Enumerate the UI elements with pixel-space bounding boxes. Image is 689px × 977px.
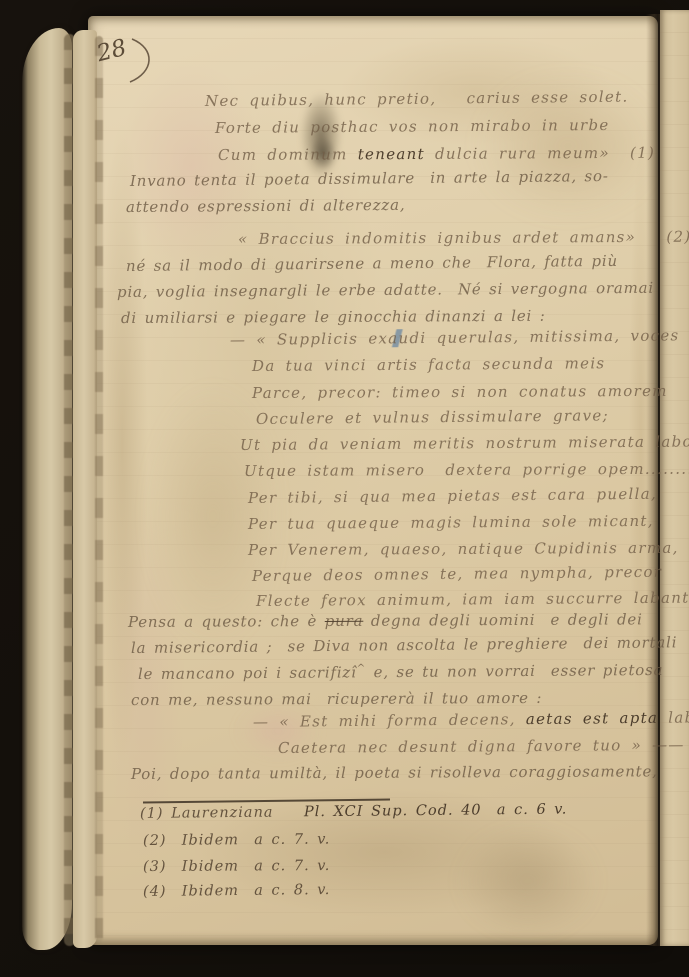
text-segment: Cum dominum	[218, 145, 358, 164]
text-segment: pura	[325, 612, 364, 630]
manuscript-line: Occulere et vulnus dissimulare grave;	[256, 406, 609, 428]
text-segment: la misericordia ; se Diva non ascolta le…	[131, 633, 677, 657]
text-segment: Parce, precor: timeo si non conatus amor…	[252, 382, 668, 402]
manuscript-line: (2) Ibidem a c. 7. v.	[143, 832, 330, 849]
text-segment: attendo espressioni di alterezza,	[126, 196, 406, 216]
manuscript-line: — « Est mihi forma decens, aetas est apt…	[253, 708, 689, 731]
text-segment: Perque deos omnes te, mea nympha, precor	[252, 563, 662, 585]
manuscript-line: Cum dominum teneant dulcia rura meum» (1…	[218, 144, 655, 164]
handwriting-layer: Nec quibus, hunc pretio, carius esse sol…	[0, 0, 689, 977]
text-segment: di umiliarsi e piegare le ginocchia dina…	[121, 307, 546, 327]
text-segment: (3) Ibidem a c. 7. v.	[143, 858, 330, 875]
manuscript-line: (1) Laurenziana Pl. XCI Sup. Cod. 40 a c…	[140, 802, 568, 822]
manuscript-line: — « Supplicis exaudi querulas, mitissima…	[230, 326, 680, 349]
manuscript-line: Caetera nec desunt digna favore tuo » ——…	[278, 735, 689, 757]
text-segment: teneant	[358, 145, 425, 163]
manuscript-line: Poi, dopo tanta umiltà, il poeta si riso…	[131, 762, 658, 783]
manuscript-line: Utque istam misero dextera porrige opem.…	[244, 460, 689, 480]
manuscript-line: pia, voglia insegnargli le erbe adatte. …	[117, 279, 654, 301]
text-segment: aetas est apta	[526, 709, 659, 728]
text-segment: degna degli uomini e degli dei	[363, 610, 642, 629]
manuscript-line: le mancano poi i sacrifizî^ e, se tu non…	[138, 661, 663, 683]
text-segment: « Braccius indomitis ignibus ardet amans…	[238, 228, 689, 248]
text-segment: Invano tenta il poeta dissimulare in art…	[130, 167, 609, 190]
text-segment: le mancano poi i sacrifizî	[138, 663, 357, 683]
manuscript-line: Per tua quaeque magis lumina sole micant…	[248, 512, 654, 533]
manuscript-line: (4) Ibidem a c. 8. v.	[143, 882, 331, 900]
text-segment: Laurenziana	[171, 804, 304, 821]
manuscript-line: Parce, precor: timeo si non conatus amor…	[252, 382, 668, 402]
manuscript-line: di umiliarsi e piegare le ginocchia dina…	[121, 307, 546, 327]
manuscript-line: Da tua vinci artis facta secunda meis	[252, 354, 606, 375]
text-segment: Pl. XCI Sup. Cod. 40 a c. 6 v.	[304, 802, 568, 821]
text-segment: Occulere et vulnus dissimulare grave;	[256, 406, 609, 428]
text-segment: Ut pia da veniam meritis nostrum miserat…	[240, 432, 689, 454]
manuscript-line: « Braccius indomitis ignibus ardet amans…	[238, 228, 689, 248]
text-segment: Da tua vinci artis facta secunda meis	[252, 354, 606, 375]
text-segment: pia, voglia insegnargli le erbe adatte. …	[117, 279, 654, 301]
text-segment: (4) Ibidem a c. 8. v.	[143, 882, 331, 900]
manuscript-line: Pensa a questo: che è pura degna degli u…	[128, 610, 643, 631]
text-segment: Forte diu posthac vos non mirabo in urbe	[215, 116, 610, 137]
text-segment: — « Est mihi forma decens,	[253, 710, 526, 731]
text-segment: Per Venerem, quaeso, natique Cupidinis a…	[248, 539, 679, 559]
manuscript-line: Per tibi, si qua mea pietas est cara pue…	[248, 485, 657, 507]
manuscript-line: la misericordia ; se Diva non ascolta le…	[131, 633, 677, 657]
text-segment: — « Supplicis	[230, 330, 369, 349]
manuscript-line: Perque deos omnes te, mea nympha, precor	[252, 563, 662, 585]
text-segment: e, se tu non vorrai esser pietosa	[366, 661, 663, 681]
text-segment: exaudi	[368, 329, 426, 348]
text-segment: né sa il modo di guarirsene a meno che F…	[126, 252, 618, 275]
manuscript-line: Forte diu posthac vos non mirabo in urbe	[215, 116, 610, 137]
manuscript-photo: 28 Nec quibus, hunc pretio, carius esse …	[0, 0, 689, 977]
text-segment: Poi, dopo tanta umiltà, il poeta si riso…	[131, 762, 658, 783]
text-segment: con me, nessuno mai ricupererà il tuo am…	[131, 689, 542, 709]
manuscript-line: Invano tenta il poeta dissimulare in art…	[130, 167, 609, 190]
text-segment: dulcia rura meum» (1)	[425, 144, 655, 163]
text-segment: labori	[658, 708, 689, 727]
text-segment: ^	[357, 663, 366, 674]
manuscript-line: (3) Ibidem a c. 7. v.	[143, 858, 330, 875]
text-segment: Flecte ferox animum, iam iam succurre la…	[256, 588, 689, 610]
text-segment: Caetera nec desunt digna favore tuo » ——…	[278, 735, 689, 757]
manuscript-line: Per Venerem, quaeso, natique Cupidinis a…	[248, 539, 679, 559]
manuscript-line: attendo espressioni di alterezza,	[126, 196, 406, 216]
text-segment: (1)	[140, 806, 171, 822]
text-segment: querulas, mitissima, voces	[426, 326, 679, 347]
manuscript-line: Flecte ferox animum, iam iam succurre la…	[256, 588, 689, 610]
manuscript-line: con me, nessuno mai ricupererà il tuo am…	[131, 689, 542, 709]
manuscript-line: né sa il modo di guarirsene a meno che F…	[126, 252, 618, 275]
manuscript-line: Nec quibus, hunc pretio, carius esse sol…	[205, 88, 629, 110]
text-segment: Utque istam misero dextera porrige opem.…	[244, 460, 689, 480]
text-segment: (2) Ibidem a c. 7. v.	[143, 832, 330, 849]
text-segment: Per tua quaeque magis lumina sole micant…	[248, 512, 654, 533]
manuscript-line: Ut pia da veniam meritis nostrum miserat…	[240, 432, 689, 454]
text-segment: Pensa a questo: che è	[128, 612, 325, 631]
text-segment: Per tibi, si qua mea pietas est cara pue…	[248, 485, 657, 507]
text-segment: Nec quibus, hunc pretio, carius esse sol…	[205, 88, 629, 110]
